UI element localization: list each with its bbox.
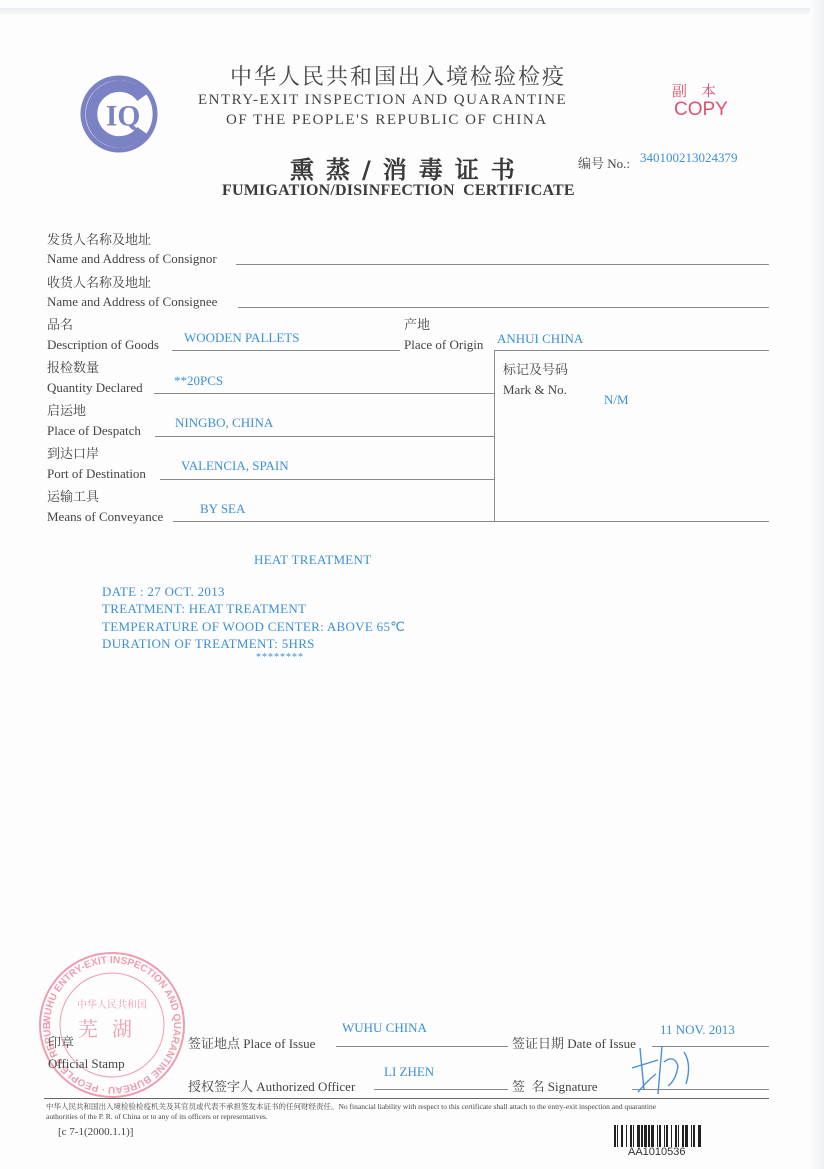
treatment-temperature: TEMPERATURE OF WOOD CENTER: ABOVE 65℃ — [102, 619, 405, 635]
form-code: [c 7-1(2000.1.1)] — [58, 1126, 133, 1138]
treatment-date: DATE : 27 OCT. 2013 — [102, 584, 225, 600]
barcode-number: AA1010536 — [628, 1146, 686, 1158]
marks-label-cn: 标记及号码 — [503, 359, 568, 378]
barcode-icon — [614, 1125, 724, 1147]
quantity-value: **20PCS — [174, 373, 223, 389]
consignee-label-cn: 收货人名称及地址 — [47, 272, 151, 291]
svg-text:IQ: IQ — [106, 100, 140, 132]
marks-label-en: Mark & No. — [503, 382, 567, 398]
goods-field-line — [172, 350, 400, 351]
place-of-issue-value: WUHU CHINA — [342, 1020, 427, 1036]
consignor-label-en: Name and Address of Consignor — [47, 251, 217, 267]
place-of-issue-line — [336, 1046, 508, 1047]
treatment-end-mark: ******** — [256, 652, 304, 663]
quantity-field-line — [154, 393, 494, 394]
authorized-officer-value: LI ZHEN — [384, 1064, 434, 1080]
quantity-label-en: Quantity Declared — [47, 380, 143, 396]
org-name-en-line1: ENTRY-EXIT INSPECTION AND QUARANTINE — [198, 92, 567, 109]
certificate-number: 340100213024379 — [640, 150, 738, 166]
date-of-issue-label: 签证日期 Date of Issue — [512, 1033, 636, 1052]
origin-value: ANHUI CHINA — [497, 331, 583, 347]
org-name-en-line2: OF THE PEOPLE'S REPUBLIC OF CHINA — [226, 112, 548, 129]
signature-label: 签 名 Signature — [512, 1076, 598, 1095]
conveyance-label-cn: 运输工具 — [47, 486, 99, 505]
despatch-label-en: Place of Despatch — [47, 423, 141, 439]
copy-mark-cn: 副本 — [672, 80, 730, 101]
place-of-issue-label: 签证地点 Place of Issue — [188, 1033, 315, 1052]
certificate-title-en: FUMIGATION/DISINFECTION CERTIFICATE — [222, 182, 575, 200]
scan-edge-top — [0, 8, 824, 14]
official-stamp-icon: WUHU ENTRY-EXIT INSPECTION AND QUARANTIN… — [28, 950, 196, 1100]
goods-label-cn: 品名 — [47, 314, 73, 333]
handwritten-signature-icon — [628, 1040, 698, 1100]
certificate-number-label: 编号 No.: — [578, 153, 630, 172]
marks-box-left-border — [494, 350, 495, 521]
destination-label-cn: 到达口岸 — [47, 443, 99, 462]
treatment-heading: HEAT TREATMENT — [254, 552, 371, 568]
destination-value: VALENCIA, SPAIN — [181, 458, 289, 474]
despatch-value: NINGBO, CHINA — [175, 415, 273, 431]
marks-value: N/M — [604, 392, 629, 408]
footer-divider — [44, 1098, 769, 1099]
svg-text:中华人民共和国: 中华人民共和国 — [77, 998, 147, 1011]
treatment-type: TREATMENT: HEAT TREATMENT — [102, 601, 306, 617]
ciq-logo-icon: IQ — [78, 73, 160, 155]
certificate-title-cn: 熏蒸/消毒证书 — [290, 150, 527, 185]
stamp-label-en: Official Stamp — [48, 1056, 125, 1072]
svg-text:芜湖: 芜湖 — [78, 1017, 146, 1041]
goods-label-en: Description of Goods — [47, 337, 159, 353]
org-name-cn: 中华人民共和国出入境检验检疫 — [230, 60, 566, 91]
scan-edge-right — [810, 0, 824, 1169]
disclaimer-line2: authorities of the P. R. of China or to … — [46, 1112, 268, 1121]
consignee-label-en: Name and Address of Consignee — [47, 294, 217, 310]
conveyance-field-line — [173, 521, 769, 522]
despatch-field-line — [155, 436, 494, 437]
authorized-officer-label: 授权签字人 Authorized Officer — [188, 1076, 355, 1095]
origin-label-cn: 产地 — [404, 314, 430, 333]
authorized-officer-line — [374, 1089, 508, 1090]
origin-label-en: Place of Origin — [404, 337, 483, 353]
destination-field-line — [160, 479, 494, 480]
quantity-label-cn: 报检数量 — [47, 357, 99, 376]
consignor-label-cn: 发货人名称及地址 — [47, 229, 151, 248]
treatment-duration: DURATION OF TREATMENT: 5HRS — [102, 636, 315, 652]
date-of-issue-value: 11 NOV. 2013 — [660, 1022, 735, 1038]
goods-value: WOODEN PALLETS — [184, 330, 299, 346]
destination-label-en: Port of Destination — [47, 466, 146, 482]
conveyance-label-en: Means of Conveyance — [47, 509, 163, 525]
origin-field-line — [494, 350, 769, 351]
despatch-label-cn: 启运地 — [47, 400, 86, 419]
copy-mark-en: COPY — [674, 99, 728, 121]
stamp-label-cn: 印章 — [48, 1032, 74, 1051]
conveyance-value: BY SEA — [200, 501, 245, 517]
consignee-field-line — [238, 307, 769, 308]
consignor-field-line — [236, 264, 769, 265]
disclaimer-line1: 中华人民共和国出入境检验检疫机关及其官员或代表不承担签发本证书的任何财经责任。N… — [46, 1101, 656, 1112]
